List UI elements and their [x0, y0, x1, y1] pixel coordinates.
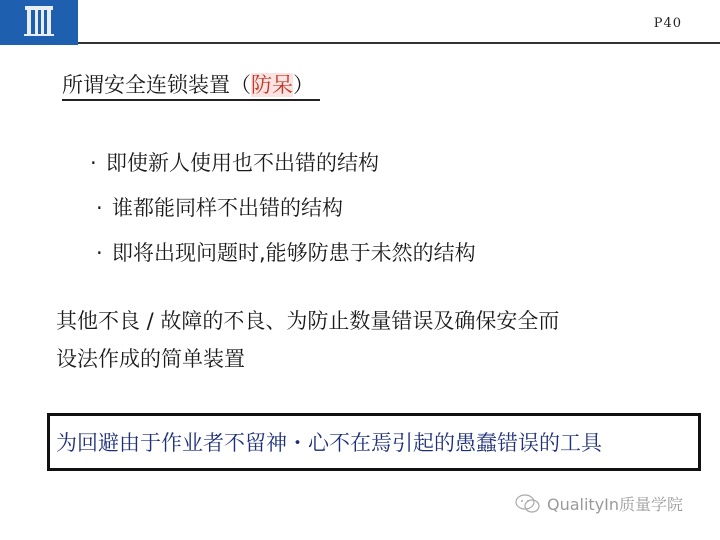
watermark-text: QualityIn质量学院 — [547, 492, 683, 515]
title-highlight: 防呆 — [251, 73, 293, 97]
bullet-list: ·即使新人使用也不出错的结构 ·谁都能同样不出错的结构 ·即将出现问题时,能够防… — [90, 148, 476, 283]
bullet-marker: · — [90, 148, 106, 178]
slide-title: 所谓安全连锁装置（防呆） — [62, 72, 320, 101]
list-item: ·谁都能同样不出错的结构 — [96, 193, 476, 238]
bullet-text: 谁都能同样不出错的结构 — [112, 196, 343, 220]
callout-text: 为回避由于作业者不留神・心不在焉引起的愚蠢错误的工具 — [56, 427, 602, 457]
title-prefix: 所谓安全连锁装置（ — [62, 73, 251, 97]
logo — [0, 0, 78, 45]
paragraph-line-2: 设法作成的简单装置 — [56, 340, 559, 378]
list-item: ·即将出现问题时,能够防患于未然的结构 — [96, 238, 476, 283]
description-paragraph: 其他不良 / 故障的不良、为防止数量错误及确保安全而 设法作成的简单装置 — [56, 302, 559, 378]
bullet-text: 即将出现问题时,能够防患于未然的结构 — [112, 241, 476, 265]
wechat-icon — [515, 494, 541, 514]
bullet-marker: · — [96, 238, 112, 268]
definition-callout-box: 为回避由于作业者不留神・心不在焉引起的愚蠢错误的工具 — [47, 413, 701, 471]
header-divider — [78, 42, 720, 44]
title-suffix: ） — [293, 73, 314, 97]
bullet-text: 即使新人使用也不出错的结构 — [106, 151, 379, 175]
watermark: QualityIn质量学院 — [515, 492, 683, 515]
bullet-marker: · — [96, 193, 112, 223]
paragraph-line-1: 其他不良 / 故障的不良、为防止数量错误及确保安全而 — [56, 302, 559, 340]
page-number: P40 — [654, 16, 682, 31]
list-item: ·即使新人使用也不出错的结构 — [90, 148, 476, 193]
building-pillars-icon — [22, 4, 56, 38]
